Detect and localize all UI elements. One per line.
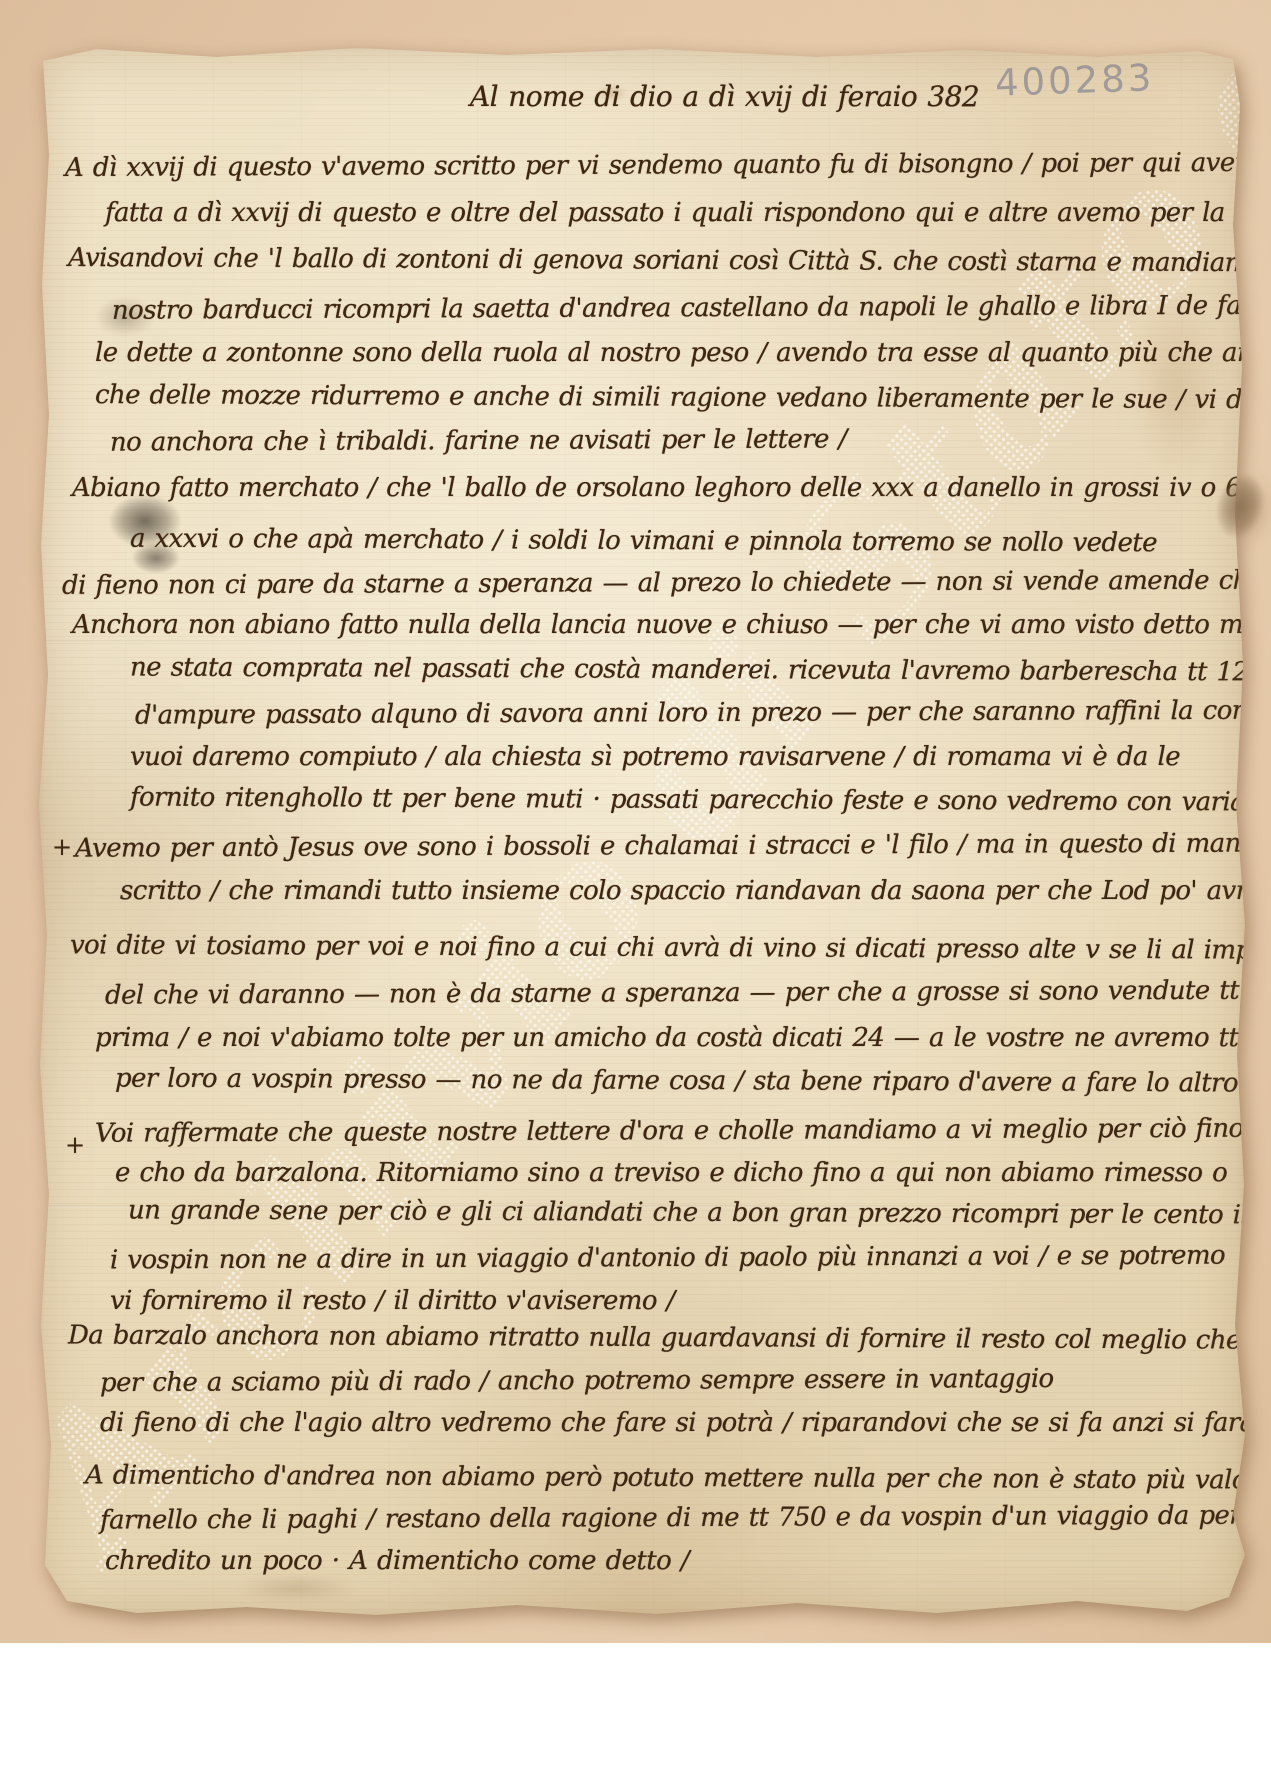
letter-heading-line: Al nome di dio a dì xvij di feraio 382 (470, 83, 979, 111)
handwritten-line: del che vi daranno — non è da starne a s… (105, 977, 1271, 1008)
archive-number: 400283 (994, 56, 1155, 105)
handwritten-line: farnello che li paghi / restano della ra… (100, 1502, 1271, 1533)
margin-cross-mark: + (52, 833, 72, 861)
handwritten-line: scritto / che rimandi tutto insieme colo… (120, 878, 1271, 904)
handwritten-line: A dimenticho d'andrea non abiamo però po… (85, 1462, 1271, 1493)
handwritten-line: Anchora non abiano fatto nulla della lan… (72, 612, 1271, 638)
handwritten-line: no anchora che ì tribaldi. farine ne avi… (110, 426, 847, 455)
fold-crease (37, 640, 1245, 643)
handwritten-line: a xxxvi o che apà merchato / i soldi lo … (130, 526, 1157, 556)
handwritten-line: Avemo per antò Jesus ove sono i bossoli … (75, 830, 1271, 861)
handwritten-line: per loro a vospin presso — no ne da farn… (115, 1066, 1238, 1097)
handwritten-line: e cho da barzalona. Ritorniamo sino a tr… (115, 1160, 1227, 1186)
handwritten-line: Abiano fatto merchato / che 'l ballo de … (72, 475, 1267, 501)
handwritten-line: che delle mozze ridurremo e anche di sim… (95, 382, 1271, 414)
handwritten-line: vi forniremo il resto / il diritto v'avi… (110, 1288, 675, 1314)
handwritten-line: Avisandovi che 'l ballo di zontoni di ge… (68, 245, 1271, 277)
handwritten-line: di fieno non ci pare da starne a speranz… (62, 567, 1271, 599)
handwritten-line: A dì xxvij di questo v'avemo scritto per… (65, 149, 1271, 181)
handwritten-line: fornito ritenghollo tt per bene muti · p… (130, 785, 1271, 816)
handwritten-line: d'ampure passato alquno di savora anni l… (135, 697, 1271, 728)
handwritten-line: chredito un poco · A dimenticho come det… (105, 1548, 689, 1574)
handwritten-line: nostro barducci ricompri la saetta d'and… (112, 292, 1271, 323)
handwritten-line: Da barzalo anchora non abiamo ritratto n… (68, 1322, 1241, 1353)
handwritten-line: le dette a zontonne sono della ruola al … (95, 340, 1271, 366)
handwritten-line: voi dite vi tosiamo per voi e noi fino a… (70, 932, 1271, 963)
handwritten-line: vuoi daremo compiuto / ala chiesta sì po… (130, 744, 1180, 770)
handwritten-line: i vospin non ne a dire in un viaggio d'a… (110, 1243, 1225, 1274)
margin-cross-mark: + (65, 1131, 85, 1159)
manuscript-page-wrapper: © Archivio di Stato di Prato 400283 Al n… (37, 45, 1245, 1617)
handwritten-line: Voi raffermate che queste nostre lettere… (95, 1115, 1271, 1146)
handwritten-line: ne stata comprata nel passati che costà … (130, 654, 1271, 685)
handwritten-line: per che a sciamo più di rado / ancho pot… (100, 1366, 1054, 1396)
handwritten-line: fatta a dì xxvij di questo e oltre del p… (105, 200, 1271, 226)
handwritten-line: di fieno di che l'agio altro vedremo che… (100, 1410, 1271, 1436)
handwritten-line: un grande sene per ciò e gli ci aliandat… (128, 1197, 1271, 1228)
manuscript-page: © Archivio di Stato di Prato 400283 Al n… (37, 45, 1245, 1617)
foxing-stain (237, 1575, 357, 1601)
handwritten-line: prima / e noi v'abiamo tolte per un amic… (95, 1025, 1271, 1051)
